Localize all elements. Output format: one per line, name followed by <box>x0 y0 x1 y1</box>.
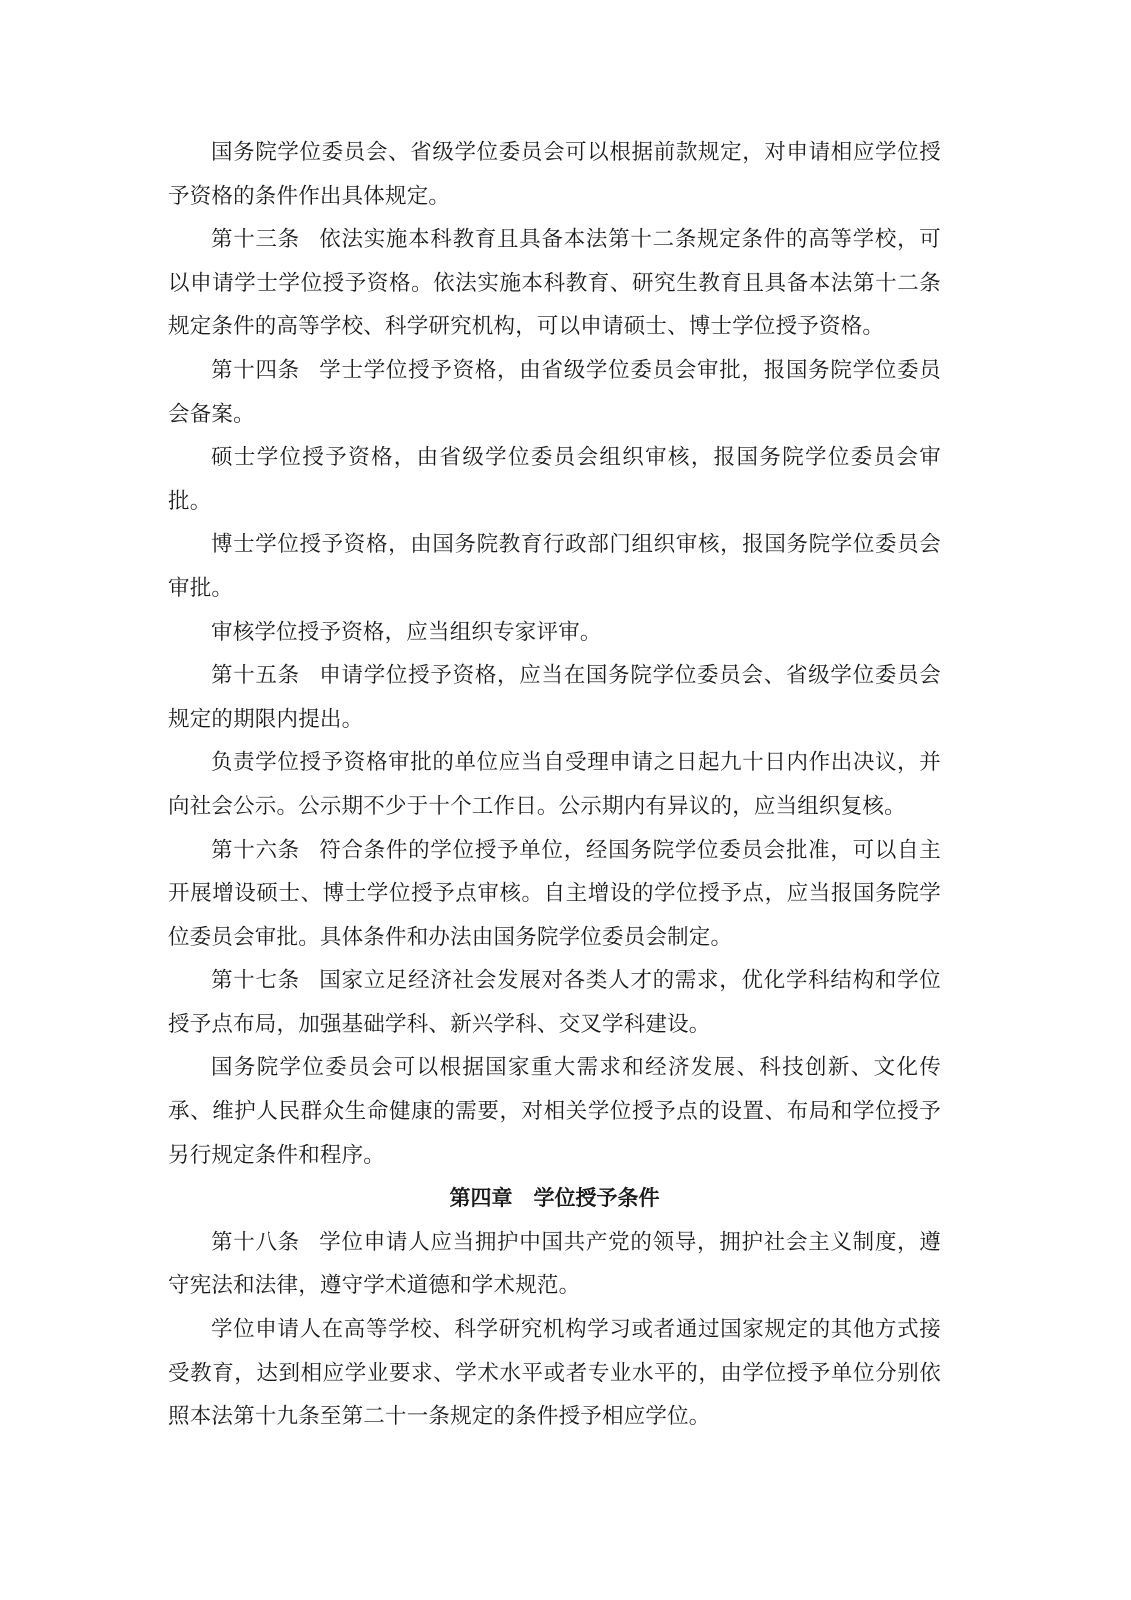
paragraph: 硕士学位授予资格，由省级学位委员会组织审核，报国务院学位委员会审批。 <box>168 436 941 523</box>
chapter-heading: 第四章学位授予条件 <box>168 1177 941 1221</box>
article-16: 第十六条符合条件的学位授予单位，经国务院学位委员会批准，可以自主开展增设硕士、博… <box>168 829 941 960</box>
paragraph-text: 国务院学位委员会、省级学位委员会可以根据前款规定，对申请相应学位授予资格的条件作… <box>168 140 941 209</box>
paragraph: 国务院学位委员会、省级学位委员会可以根据前款规定，对申请相应学位授予资格的条件作… <box>168 131 941 218</box>
paragraph-text: 国务院学位委员会可以根据国家重大需求和经济发展、科技创新、文化传承、维护人民群众… <box>168 1055 941 1167</box>
paragraph-text: 负责学位授予资格审批的单位应当自受理申请之日起九十日内作出决议，并向社会公示。公… <box>168 750 941 819</box>
article-number: 第十三条 <box>211 227 300 252</box>
paragraph: 审核学位授予资格，应当组织专家评审。 <box>168 611 941 655</box>
article-number: 第十八条 <box>211 1230 300 1255</box>
paragraph-text: 硕士学位授予资格，由省级学位委员会组织审核，报国务院学位委员会审批。 <box>168 445 941 514</box>
article-13: 第十三条依法实施本科教育且具备本法第十二条规定条件的高等学校，可以申请学士学位授… <box>168 218 941 349</box>
document-page: 国务院学位委员会、省级学位委员会可以根据前款规定，对申请相应学位授予资格的条件作… <box>168 131 941 1439</box>
article-15: 第十五条申请学位授予资格，应当在国务院学位委员会、省级学位委员会规定的期限内提出… <box>168 654 941 741</box>
paragraph-text: 博士学位授予资格，由国务院教育行政部门组织审核，报国务院学位委员会审批。 <box>168 532 941 601</box>
paragraph: 博士学位授予资格，由国务院教育行政部门组织审核，报国务院学位委员会审批。 <box>168 523 941 610</box>
paragraph-text: 审核学位授予资格，应当组织专家评审。 <box>211 620 602 645</box>
article-number: 第十七条 <box>211 968 300 993</box>
chapter-title: 学位授予条件 <box>534 1186 660 1210</box>
article-18: 第十八条学位申请人应当拥护中国共产党的领导，拥护社会主义制度，遵守宪法和法律，遵… <box>168 1221 941 1308</box>
article-number: 第十四条 <box>211 358 300 383</box>
article-number: 第十五条 <box>211 663 300 688</box>
article-17: 第十七条国家立足经济社会发展对各类人才的需求，优化学科结构和学位授予点布局，加强… <box>168 959 941 1046</box>
paragraph: 国务院学位委员会可以根据国家重大需求和经济发展、科技创新、文化传承、维护人民群众… <box>168 1046 941 1177</box>
paragraph: 学位申请人在高等学校、科学研究机构学习或者通过国家规定的其他方式接受教育，达到相… <box>168 1308 941 1439</box>
paragraph: 负责学位授予资格审批的单位应当自受理申请之日起九十日内作出决议，并向社会公示。公… <box>168 741 941 828</box>
article-14: 第十四条学士学位授予资格，由省级学位委员会审批，报国务院学位委员会备案。 <box>168 349 941 436</box>
chapter-number: 第四章 <box>450 1186 513 1210</box>
article-number: 第十六条 <box>211 838 300 863</box>
paragraph-text: 学位申请人在高等学校、科学研究机构学习或者通过国家规定的其他方式接受教育，达到相… <box>168 1317 941 1429</box>
